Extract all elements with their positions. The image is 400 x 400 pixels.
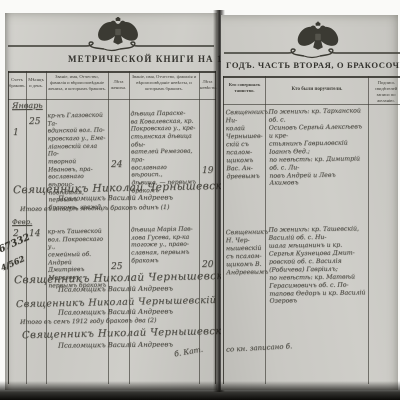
record1-witnesses-entry: По женихѣ: кр. Тарханской об. с. Осиновъ… [268,107,366,188]
record2-officiant-entry: Священникъ Н. Чер- нышевскій съ псалом- … [226,229,265,277]
month-heading-january: Январь [12,101,43,112]
column-header-witness-signatures: Подпись свидѣтелей записи по желанію. [370,80,400,104]
column-header-groom-details: Званіе, имя, Отчество, фамилія и вѣроисп… [48,74,106,92]
photo-bottom-shadow [0,381,400,400]
record2-witnesses-entry: По женихѣ: кр. Ташевскій, Василій об. с.… [268,225,366,306]
header-flourish-rule-left [8,40,214,52]
column-header-bride-details: Званіе, имя, Отчество, фамилія и вѣроисп… [131,74,197,92]
record1-number: 1 [13,128,19,140]
record1-psalmist-signature: Псаломщикъ Василій Андреевъ [58,193,173,203]
closing-psalmist-signature: Псаломщикъ Василій Андреевъ [58,340,173,350]
title-left-text: МЕТРИЧЕСКОЙ КНИГИ НА [68,54,214,64]
february-psalmist-signature: Псаломщикъ Василій Андреевъ [58,307,173,317]
record1-day: 25 [29,117,40,129]
record1-groom-age: 24 [111,160,122,172]
page-title-right: ГОДЪ. ЧАСТЬ ВТОРАЯ, О БРАКОСОЧЕТАВШИХСЯ [226,60,400,70]
record1-officiant-entry: Священникъ Ни- колай Чернышев- скій съ п… [226,109,265,181]
record1-bride-age: 19 [202,166,213,178]
column-header-groom-age: Лѣта жениха. [110,79,127,91]
header-flourish-rule-right [224,47,400,59]
column-header-witnesses: Кто были поручители. [268,87,366,94]
record2-psalmist-signature: Псаломщикъ Василій Андреевъ [58,284,173,294]
column-header-officiant: Кто совершалъ таинство. [226,82,263,94]
record2-bride-entry: дѣвица Марія Пав- лова Гусева, кр-ка тог… [131,226,198,265]
column-header-month-day: Мѣсяцъ и день. [27,77,45,89]
column-header-marriage-count: Счетъ браковъ. [9,77,25,89]
month-heading-february: Февр. [12,218,32,227]
scanned-metrical-book-spread: МЕТРИЧЕСКОЙ КНИГИ НА 1912 Счетъ браковъ.… [0,0,400,400]
right-page [221,15,398,390]
